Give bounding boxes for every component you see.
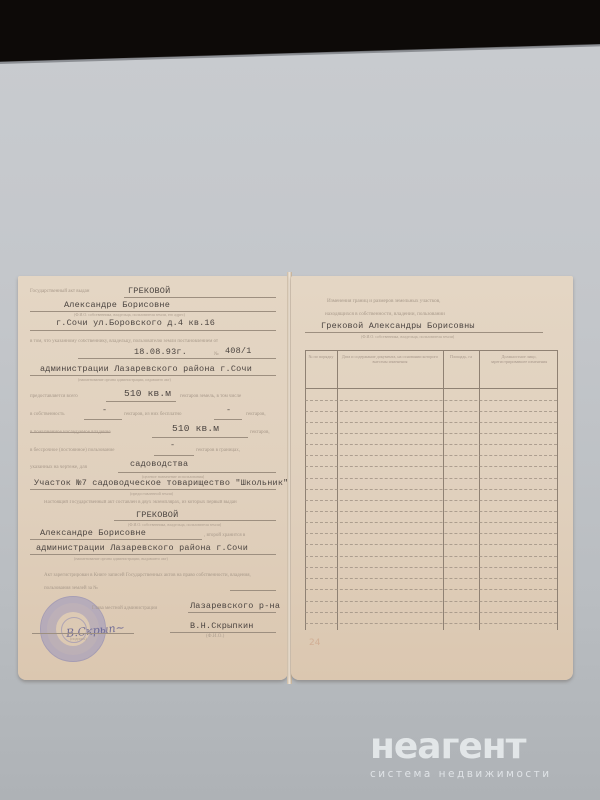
- table-col-border: [443, 350, 444, 630]
- authority-hint: (наименование органа администрации, изда…: [78, 377, 171, 382]
- col-header-official: Должностное лицо, зарегистрировавшее изм…: [483, 354, 555, 364]
- ownership-value: -: [102, 405, 107, 415]
- rule: [32, 633, 134, 634]
- table-row: [305, 544, 557, 545]
- rule: [78, 358, 276, 359]
- free-suffix: гектаров,: [246, 412, 266, 422]
- perpetual-value: -: [170, 440, 175, 450]
- table-col-border: [557, 350, 558, 630]
- table-row: [305, 578, 557, 579]
- first-copy-hint: (Ф.И.О. собственника, владельца, пользов…: [128, 522, 221, 527]
- rule: [114, 520, 276, 521]
- decision-date: 18.08.93г.: [134, 347, 187, 357]
- col-header-area: Площадь, га: [445, 354, 477, 359]
- table-row: [305, 466, 557, 467]
- head-district: Лазаревского р-на: [190, 601, 280, 611]
- table-header-border: [305, 388, 557, 389]
- owner-hint: (Ф.И.О. собственника, владельца, пользов…: [74, 312, 185, 317]
- table-row: [305, 567, 557, 568]
- rule: [30, 554, 276, 555]
- inheritance-suffix: гектаров,: [250, 430, 270, 440]
- rule: [84, 419, 122, 420]
- rule: [30, 375, 276, 376]
- inheritance-label: в пожизненное наследуемое владение: [30, 430, 111, 440]
- rule: [188, 612, 276, 613]
- table-row: [305, 478, 557, 479]
- rule: [118, 472, 276, 473]
- rule: [214, 419, 242, 420]
- signatory-name: В.Н.Скрыпкин: [190, 621, 254, 631]
- free-value: -: [226, 405, 231, 415]
- table-row: [305, 556, 557, 557]
- table-row: [305, 612, 557, 613]
- table-row: [305, 589, 557, 590]
- watermark-tagline: система недвижимости: [370, 768, 570, 780]
- total-area-label: предоставляется всего: [30, 394, 78, 404]
- table-row: [305, 511, 557, 512]
- location-value: Участок №7 садоводческое товарищество "Ш…: [34, 478, 288, 488]
- rule: [124, 297, 276, 298]
- right-title-line2: находящихся в собственности, владении, п…: [325, 311, 445, 321]
- table-row: [305, 500, 557, 501]
- watermark-logo: неагент: [370, 728, 570, 766]
- registration-text: Акт зарегистрирован в Книге записей Госу…: [44, 569, 276, 595]
- ownership-label: в собственность: [30, 412, 65, 422]
- land-certificate-booklet: Государственный акт выдан ГРЕКОВОЙ Алекс…: [18, 272, 573, 684]
- authority: администрации Лазаревского района г.Сочи: [40, 364, 252, 374]
- col-header-number: № по порядку: [307, 354, 335, 359]
- table-row: [305, 623, 557, 624]
- rule: [106, 401, 176, 402]
- col-header-document: Дата и содержание документа, на основани…: [341, 354, 439, 364]
- rule: [30, 489, 276, 490]
- decision-number: 408/1: [225, 346, 252, 356]
- right-title-line1: Изменения границ и размеров земельных уч…: [327, 298, 440, 308]
- first-copy-surname: ГРЕКОВОЙ: [136, 510, 178, 520]
- copies-text: Настоящий Государственный акт составлен …: [44, 500, 276, 510]
- table-top-border: [305, 350, 557, 351]
- dark-background-edge: [0, 0, 600, 62]
- changes-table: № по порядку Дата и содержание документа…: [305, 350, 557, 630]
- head-label: Глава местной администрации: [92, 606, 157, 616]
- perpetual-suffix: гектаров в границах,: [196, 448, 240, 458]
- right-owner-name: Грековой Александры Борисовны: [321, 321, 475, 331]
- table-col-border: [305, 350, 306, 630]
- right-owner-hint: (Ф.И.О. собственника, владельца, пользов…: [361, 334, 454, 339]
- inheritance-value: 510 кв.м: [172, 423, 219, 434]
- total-area: 510 кв.м: [124, 388, 171, 399]
- table-row: [305, 422, 557, 423]
- left-page: Государственный акт выдан ГРЕКОВОЙ Алекс…: [18, 276, 288, 680]
- signature-hint: (подпись): [70, 636, 87, 641]
- table-row: [305, 411, 557, 412]
- table-row: [305, 522, 557, 523]
- table-row: [305, 444, 557, 445]
- table-row: [305, 533, 557, 534]
- table-row: [305, 489, 557, 490]
- owner-name: Александре Борисовне: [64, 300, 170, 310]
- perpetual-label: в бессрочное (постоянное) пользование: [30, 448, 114, 458]
- total-area-suffix: гектаров земель, в том числе: [180, 394, 241, 404]
- second-copy-hint: (наименование органа администрации, выда…: [74, 556, 168, 561]
- location-hint: (предоставленной земли): [130, 491, 173, 496]
- table-col-border: [337, 350, 338, 630]
- rule: [30, 330, 276, 331]
- watermark: неагент система недвижимости: [370, 728, 570, 780]
- pencil-mark: 24: [309, 638, 320, 648]
- table-row: [305, 455, 557, 456]
- owner-surname: ГРЕКОВОЙ: [128, 286, 170, 296]
- purpose-label: указанных на чертеже, для: [30, 465, 87, 475]
- right-page: Изменения границ и размеров земельных уч…: [291, 276, 573, 680]
- rule: [230, 590, 276, 591]
- first-copy-name: Александре Борисовне: [40, 528, 146, 538]
- owner-address: г.Сочи ул.Боровского д.4 кв.16: [56, 318, 215, 328]
- rule: [154, 455, 194, 456]
- table-col-border: [479, 350, 480, 630]
- rule: [305, 332, 543, 333]
- table-row: [305, 601, 557, 602]
- purpose-value: садоводства: [130, 459, 188, 469]
- table-row: [305, 400, 557, 401]
- rule: [170, 632, 276, 633]
- signatory-hint: (Ф.И.О.): [206, 634, 224, 639]
- rule: [30, 539, 202, 540]
- ownership-suffix: гектаров, из них бесплатно: [124, 412, 182, 422]
- issued-to-label: Государственный акт выдан: [30, 289, 89, 299]
- decision-number-label: №: [214, 352, 219, 362]
- second-copy-label: , второй хранится в: [204, 533, 245, 543]
- rule: [152, 437, 248, 438]
- second-copy-place: администрации Лазаревского района г.Сочи: [36, 543, 248, 553]
- table-row: [305, 433, 557, 434]
